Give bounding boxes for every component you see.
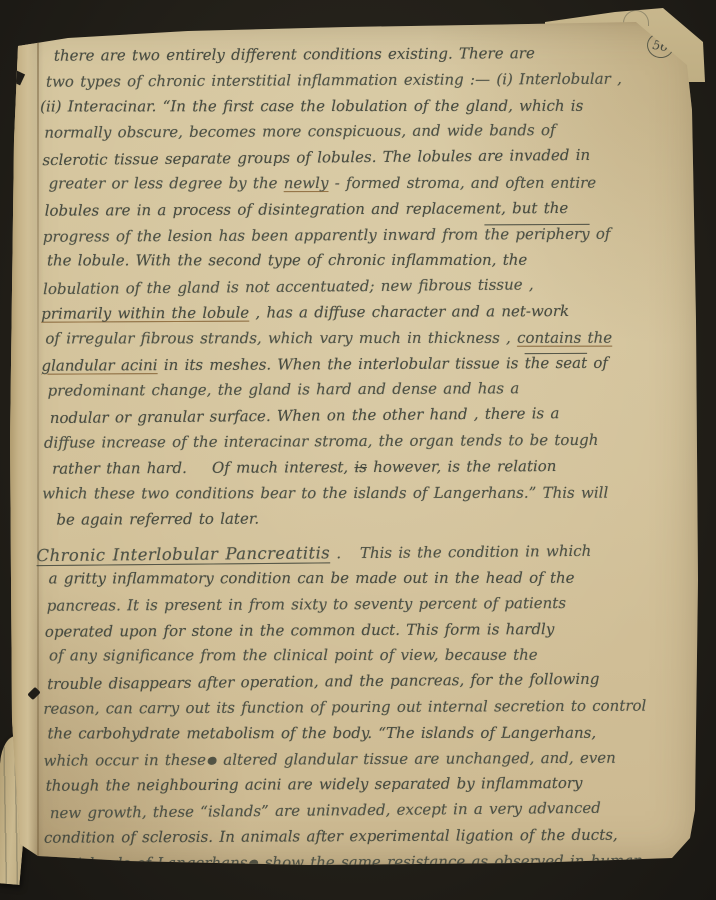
text-segment: trouble disappears after operation, and … — [47, 670, 599, 693]
text-segment: greater or less degree by the — [49, 174, 284, 192]
underlined-phrase: newly — [284, 174, 329, 192]
text-segment: two types of chronic interstitial inflam… — [46, 69, 622, 90]
notebook-page: 56 there are two entirely different cond… — [8, 20, 700, 866]
manuscript-line: the carbohydrate metabolism of the body.… — [47, 720, 693, 747]
text-segment: lobules are in a process of disintegrati… — [45, 199, 569, 220]
manuscript-line: reason, can carry out its function of po… — [43, 693, 693, 722]
text-segment: normally obscure, becomes more conspicuo… — [44, 121, 555, 142]
manuscript-line: lobules are in a process of disintegrati… — [45, 195, 691, 224]
text-segment: of any significance from the clinical po… — [49, 646, 538, 665]
underlined-phrase: primarily within the lobule — [41, 304, 249, 323]
struck-word: is — [354, 458, 367, 476]
text-segment: the lobule. With the second type of chro… — [47, 251, 527, 270]
manuscript-line: progress of the lesion has been apparent… — [43, 221, 691, 250]
text-segment: though the neighbouring acini are widely… — [46, 774, 583, 795]
manuscript-line: sclerotic tissue separate groups of lobu… — [42, 142, 690, 174]
ink-blot — [249, 859, 258, 867]
section-heading-line: Chronic Interlobular Pancreatitis . This… — [36, 537, 692, 569]
manuscript-line: of irregular fibrous strands, which vary… — [45, 325, 691, 352]
text-segment: which these two conditions bear to the i… — [42, 483, 608, 502]
manuscript-line: greater or less degree by the newly - fo… — [49, 171, 691, 198]
manuscript-line: which these two conditions bear to the i… — [42, 480, 692, 507]
underlined-phrase: glandular acini — [41, 356, 157, 375]
text-segment: lobulation of the gland is not accentuat… — [43, 276, 534, 299]
manuscript-line: diffuse increase of the interacinar stro… — [44, 427, 692, 456]
manuscript-line: rather than hard. Of much interest, is h… — [52, 453, 692, 482]
text-segment: the islands of Langerhans — [46, 853, 247, 872]
text-segment: new growth, these “islands” are uninvade… — [50, 799, 601, 822]
manuscript-line: primarily within the lobule , has a diff… — [41, 298, 691, 327]
text-segment: altered glandular tissue are unchanged, … — [217, 748, 616, 768]
manuscript-photo: 56 there are two entirely different cond… — [0, 0, 716, 900]
text-segment: the carbohydrate metabolism of the body.… — [47, 723, 596, 742]
text-segment: predominant change, the gland is hard an… — [48, 380, 520, 400]
text-segment: operated upon for stone in the common du… — [45, 620, 555, 641]
overlined-phrase: the seat — [525, 353, 587, 371]
text-segment: sclerotic tissue separate groups of lobu… — [42, 146, 590, 169]
text-segment: of — [587, 353, 608, 371]
text-segment: nodular or granular surface. When on the… — [50, 404, 560, 427]
overlined-phrase: the periphery — [484, 224, 589, 243]
text-segment: diffuse increase of the interacinar stro… — [44, 431, 599, 452]
text-segment: (ii) Interacinar. “In the first case the… — [40, 96, 583, 115]
text-segment: reason, can carry out its function of po… — [43, 696, 646, 717]
text-segment: be again referred to later. — [56, 510, 259, 529]
section-heading: Chronic Interlobular Pancreatitis — [36, 543, 330, 565]
manuscript-line: operated upon for stone in the common du… — [45, 616, 693, 645]
underlined-phrase: contains the — [517, 328, 612, 346]
manuscript-text: there are two entirely different conditi… — [40, 40, 694, 877]
text-segment: - formed stroma, and often entire — [328, 174, 596, 192]
binding-crease — [37, 20, 39, 866]
manuscript-line: be again referred to later. — [56, 505, 692, 534]
text-segment: there are two entirely different conditi… — [54, 44, 535, 65]
manuscript-line: pancreas. It is present in from sixty to… — [47, 590, 693, 619]
text-segment: however, is the relation — [367, 457, 557, 476]
text-segment: of irregular fibrous strands, which vary… — [45, 329, 517, 348]
manuscript-line: condition of sclerosis. In animals after… — [44, 822, 694, 851]
text-segment: , has a diffuse character and a net-work — [249, 302, 569, 322]
manuscript-line: two types of chronic interstitial inflam… — [46, 66, 690, 95]
text-segment: . This is the condition in which — [330, 542, 591, 563]
manuscript-line: (ii) Interacinar. “In the first case the… — [40, 93, 690, 120]
text-segment: which occur in these — [44, 750, 207, 769]
manuscript-line: a gritty inflammatory condition can be m… — [49, 565, 693, 592]
text-segment: rather than hard. Of much interest, — [52, 458, 354, 478]
text-segment: progress of the lesion has been apparent… — [43, 225, 485, 245]
manuscript-line: which occur in these altered glandular t… — [44, 745, 694, 774]
manuscript-line: the islands of Langerhans show the same … — [46, 848, 694, 877]
text-segment: a gritty inflammatory condition can be m… — [49, 569, 575, 588]
manuscript-line: the lobule. With the second type of chro… — [47, 248, 691, 275]
text-segment: condition of sclerosis. In animals after… — [44, 826, 618, 847]
manuscript-line: glandular acini in its meshes. When the … — [41, 350, 691, 379]
text-segment: show the same resistance as observed in … — [258, 851, 643, 871]
text-segment: in its meshes. When the interlobular tis… — [158, 354, 525, 374]
text-segment: pancreas. It is present in from sixty to… — [47, 594, 566, 615]
manuscript-line: there are two entirely different conditi… — [54, 40, 690, 69]
text-segment: of — [590, 224, 611, 242]
manuscript-line: of any significance from the clinical po… — [49, 643, 693, 670]
